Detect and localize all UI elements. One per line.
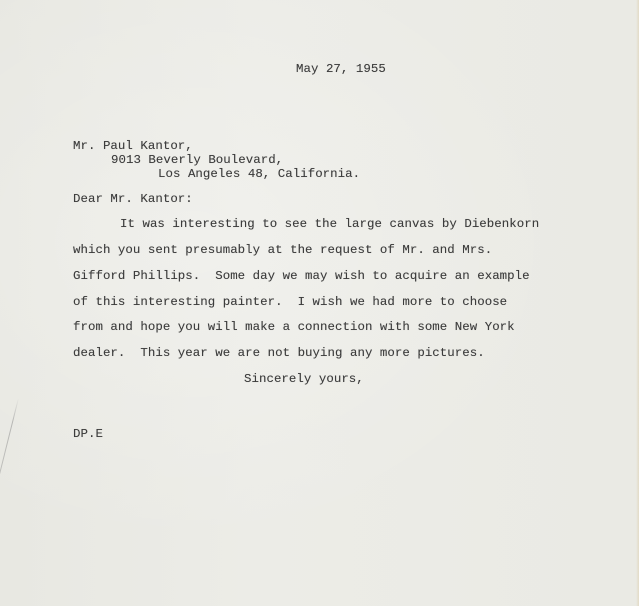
salutation: Dear Mr. Kantor: (73, 192, 193, 206)
body-line: It was interesting to see the large canv… (120, 217, 539, 231)
pencil-mark (0, 398, 19, 515)
recipient-name: Mr. Paul Kantor, (73, 139, 193, 153)
body-line: of this interesting painter. I wish we h… (73, 295, 507, 309)
recipient-street: 9013 Beverly Boulevard, (111, 153, 283, 167)
recipient-city: Los Angeles 48, California. (158, 167, 360, 181)
letter-page: May 27, 1955 Mr. Paul Kantor, 9013 Bever… (0, 0, 639, 606)
body-line: from and hope you will make a connection… (73, 320, 515, 334)
body-line: Gifford Phillips. Some day we may wish t… (73, 269, 530, 283)
letter-date: May 27, 1955 (296, 62, 386, 76)
body-line: which you sent presumably at the request… (73, 243, 492, 257)
closing: Sincerely yours, (244, 372, 364, 386)
typist-initials: DP.E (73, 427, 103, 441)
body-line: dealer. This year we are not buying any … (73, 346, 485, 360)
